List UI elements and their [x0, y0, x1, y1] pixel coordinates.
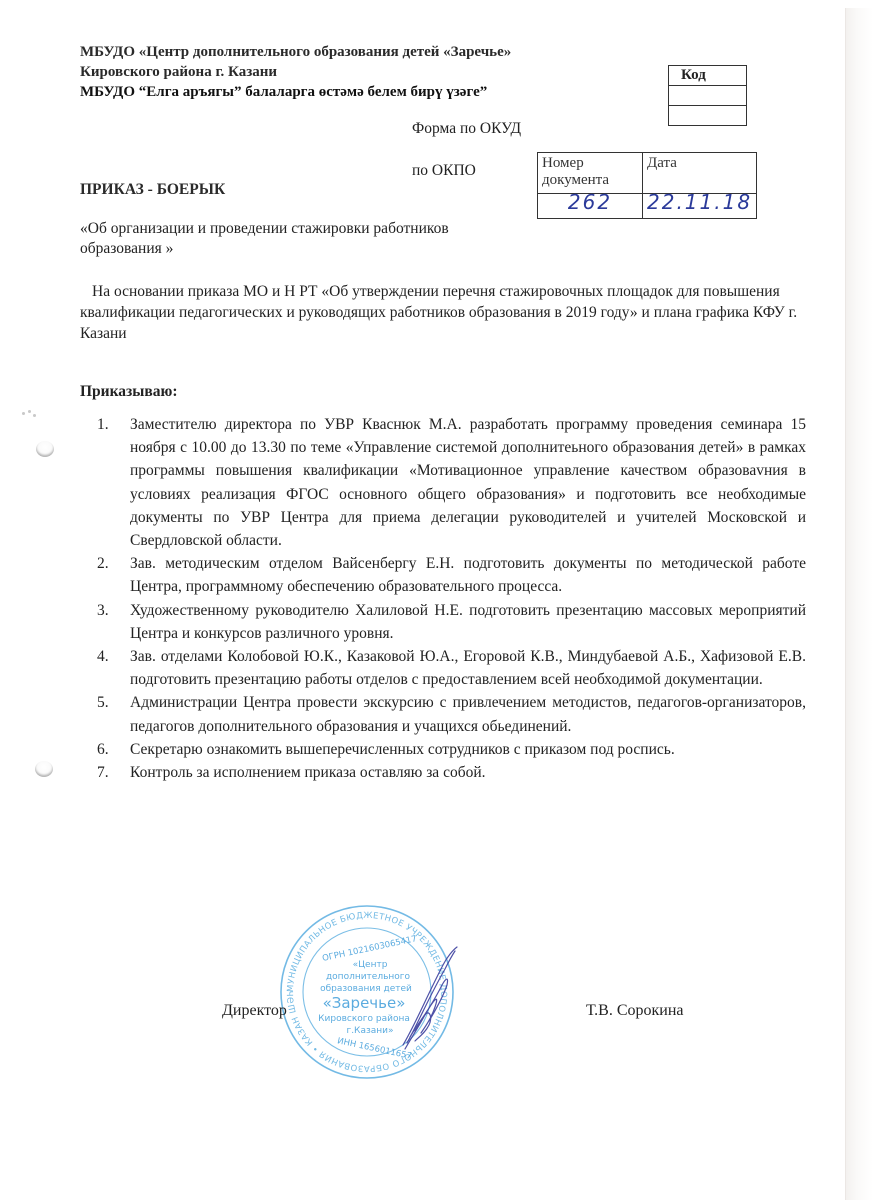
paper-edge — [845, 8, 872, 1200]
stamp-center-name: «Заречье» — [323, 994, 406, 1012]
item-number: 2. — [97, 552, 109, 575]
order-item: 5.Администрации Центра провести экскурси… — [80, 691, 806, 737]
order-subject: «Об организации и проведении стажировки … — [80, 219, 520, 259]
doc-number-value: 262 — [538, 194, 643, 219]
document-number-table: Номер документа Дата 262 22.11.18 — [537, 152, 757, 219]
signatory-name: Т.В. Сорокина — [586, 1002, 684, 1020]
order-items-list: 1.Заместителю директора по УВР Кваснюк М… — [80, 413, 806, 784]
okud-label: Форма по ОКУД — [412, 120, 521, 138]
item-number: 5. — [97, 691, 109, 714]
orders-heading: Приказываю: — [80, 383, 178, 401]
org-district-line: Кировского района г. Казани — [80, 62, 511, 82]
order-item: 3.Художественному руководителю Халиловой… — [80, 599, 806, 645]
signatory-title: Директор — [222, 1002, 287, 1020]
item-text: Художественному руководителю Халиловой Н… — [130, 602, 806, 642]
item-text: Контроль за исполнением приказа оставляю… — [130, 764, 486, 781]
item-number: 1. — [97, 413, 109, 436]
order-item: 1.Заместителю директора по УВР Кваснюк М… — [80, 413, 806, 552]
item-text: Зав. отделами Колобовой Ю.К., Казаковой … — [130, 648, 806, 688]
scan-speck — [22, 412, 25, 415]
item-text: Администрации Центра провести экскурсию … — [130, 694, 806, 734]
item-text: Заместителю директора по УВР Кваснюк М.А… — [130, 416, 806, 549]
item-text: Зав. методическим отделом Вайсенбергу Е.… — [130, 555, 806, 595]
organization-header: МБУДО «Центр дополнительного образования… — [80, 42, 511, 102]
code-header: Код — [669, 66, 747, 86]
item-number: 7. — [97, 761, 109, 784]
doc-date-header: Дата — [643, 153, 757, 194]
punch-hole-upper — [36, 441, 54, 457]
item-number: 4. — [97, 645, 109, 668]
code-okud-cell — [669, 86, 747, 106]
code-table: Код — [668, 65, 747, 126]
order-item: 6.Секретарю ознакомить вышеперечисленных… — [80, 738, 806, 761]
scan-speck — [33, 414, 36, 417]
stamp-line-5: г.Казани» — [346, 1026, 393, 1036]
item-number: 6. — [97, 738, 109, 761]
order-title: ПРИКАЗ - БОЕРЫК — [80, 181, 225, 199]
item-text: Секретарю ознакомить вышеперечисленных с… — [130, 741, 675, 758]
okpo-label: по ОКПО — [412, 162, 476, 180]
org-name-line: МБУДО «Центр дополнительного образования… — [80, 42, 511, 62]
item-number: 3. — [97, 599, 109, 622]
scan-speck — [28, 410, 31, 413]
order-item: 4.Зав. отделами Колобовой Ю.К., Казаково… — [80, 645, 806, 691]
doc-date-value: 22.11.18 — [643, 194, 757, 219]
order-basis-text: На основании приказа МО и Н РТ «Об утвер… — [80, 283, 797, 342]
doc-number-header: Номер документа — [538, 153, 643, 194]
order-basis: На основании приказа МО и Н РТ «Об утвер… — [80, 281, 810, 344]
punch-hole-lower — [35, 761, 53, 777]
order-item: 7.Контроль за исполнением приказа оставл… — [80, 761, 806, 784]
org-name-tatar-line: МБУДО “Елга аръягы” балаларга өстәмә бел… — [80, 82, 511, 102]
code-okpo-cell — [669, 106, 747, 126]
handwritten-signature-icon — [395, 945, 465, 1055]
order-item: 2.Зав. методическим отделом Вайсенбергу … — [80, 552, 806, 598]
stamp-line-1: «Центр — [353, 960, 388, 970]
